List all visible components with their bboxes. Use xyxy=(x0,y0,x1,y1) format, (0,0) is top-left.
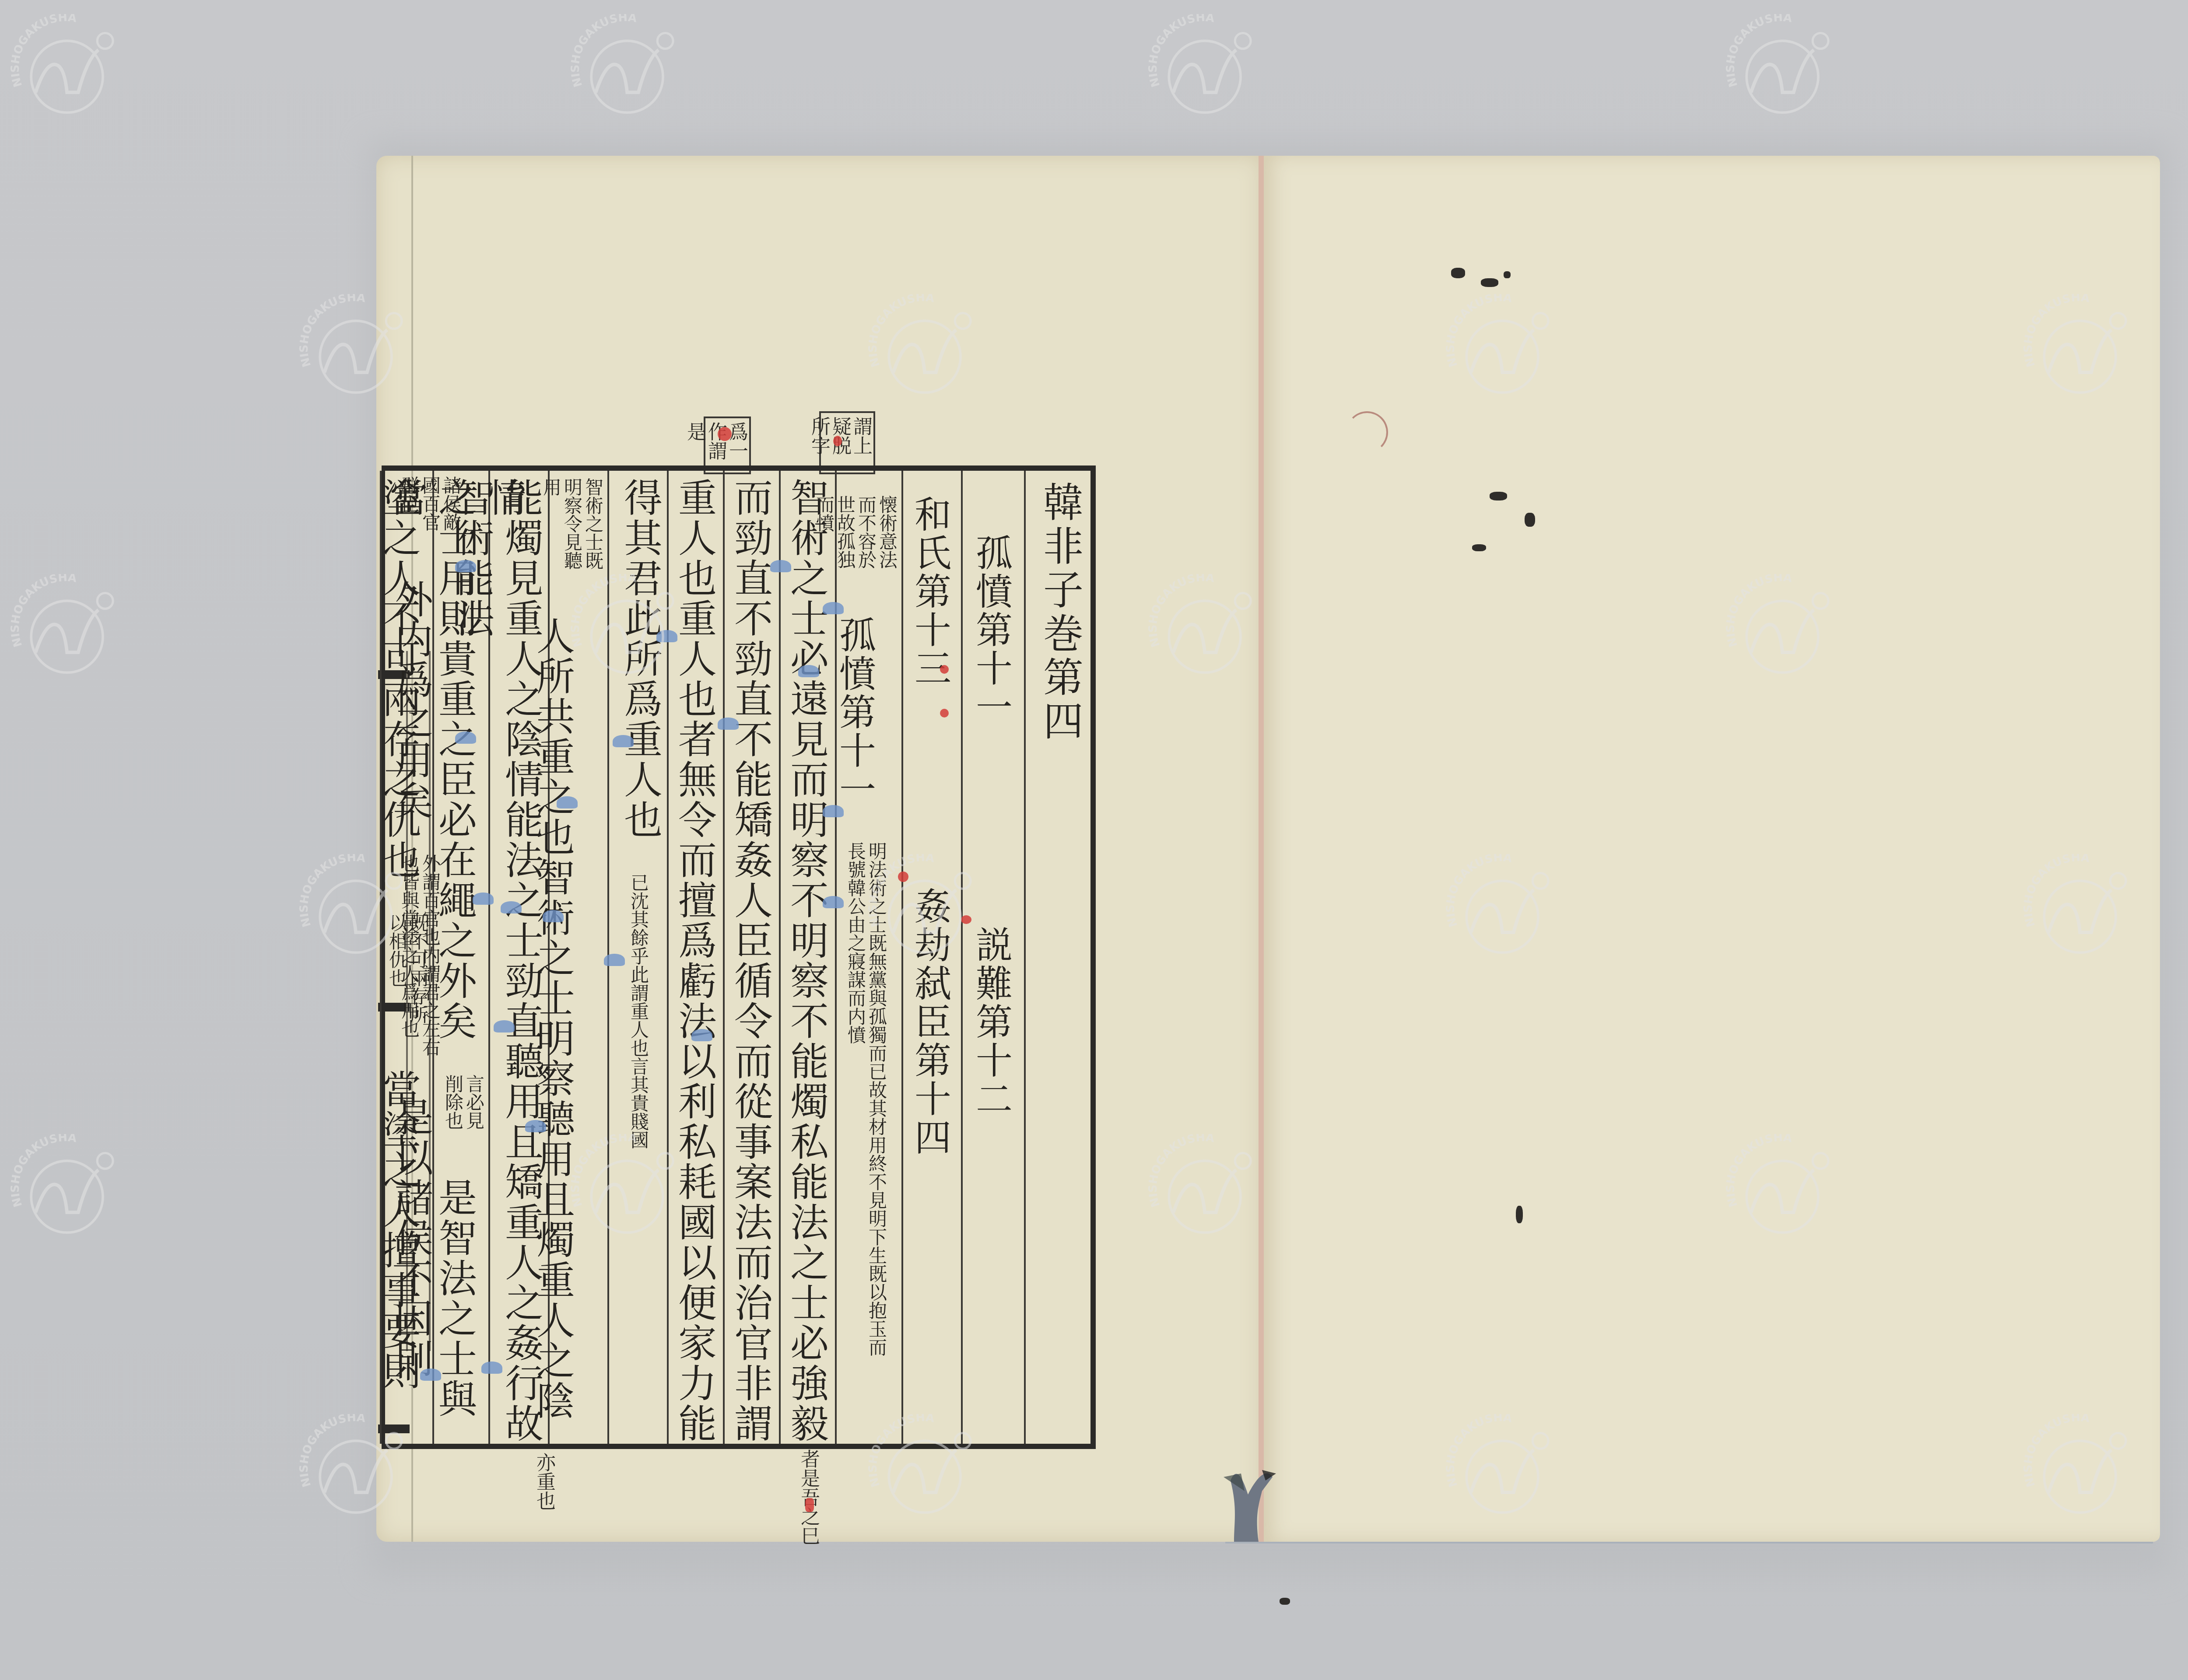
chapter-heading-column: 懐術意法而不容於世故孤独而憤 孤憤第十一 明法術之士既無黨與孤獨而已故其材用終不… xyxy=(835,471,901,1444)
wormhole xyxy=(1525,513,1535,527)
contents-item: 姦劫弑臣第十四 xyxy=(907,887,956,1157)
main-text-column-5: 智術之士既明察令見聽用 人所共重之也智術之士明察聽用且燭重人之陰情 xyxy=(548,471,607,1444)
contents-column-2: 和氏第十三 姦劫弑臣第十四 xyxy=(901,471,961,1444)
wormhole xyxy=(1280,1598,1290,1605)
main-text-column-2: 而勁直不勁直不能矯姦人臣循令而從事案法而治官非謂 xyxy=(723,471,779,1444)
spine-gutter xyxy=(1259,156,1264,1542)
interlinear-note: 已沈其餘乎此謂重人也言其貴賤國 xyxy=(607,873,649,1293)
blue-punctuation-mark xyxy=(455,731,476,744)
contents-item: 説難第十二 xyxy=(968,926,1017,1118)
wormhole xyxy=(1490,492,1507,500)
blue-punctuation-mark xyxy=(656,630,677,642)
interlinear-note: 外謂百官也内謂君之左右也皆與當塗之人爲用也 xyxy=(403,854,441,1064)
interlinear-note: 智術之士既明察令見聽用 xyxy=(562,478,604,583)
top-marginal-note-1: 謂上疑脱所字 xyxy=(819,411,875,474)
blue-punctuation-mark xyxy=(543,910,564,922)
svg-text:NISHOGAKUSHA: NISHOGAKUSHA xyxy=(1724,14,1793,89)
blue-punctuation-mark xyxy=(718,717,739,730)
stain-mark xyxy=(1346,411,1388,453)
volume-title-column: 韓非子巻第四 xyxy=(1024,471,1090,1444)
main-text: 是以諸侯不因則 xyxy=(389,1097,432,1379)
wormhole xyxy=(1451,268,1465,278)
blue-punctuation-mark xyxy=(691,1029,712,1041)
right-page-blank xyxy=(1262,156,2160,1542)
svg-text:NISHOGAKUSHA: NISHOGAKUSHA xyxy=(569,14,638,89)
contents-item: 孤憤第十一 xyxy=(971,534,1013,726)
svg-text:NISHOGAKUSHA: NISHOGAKUSHA xyxy=(9,574,77,649)
svg-text:NISHOGAKUSHA: NISHOGAKUSHA xyxy=(298,1414,366,1489)
blue-punctuation-mark xyxy=(770,560,791,572)
nishogakusha-logo-icon: NISHOGAKUSHA xyxy=(9,14,121,126)
nishogakusha-logo-icon: NISHOGAKUSHA xyxy=(9,1134,121,1246)
bottom-marginal-note-2: 亦重也 xyxy=(534,1452,555,1510)
wormhole xyxy=(1472,544,1486,551)
red-punctuation-mark xyxy=(940,665,949,674)
red-punctuation-mark xyxy=(940,709,949,717)
text-frame: 韓非子巻第四 孤憤第十一 説難第十二 和氏第十三 姦劫弑臣第十四 懐術意法而不容… xyxy=(382,465,1096,1449)
scan-stage: 謂上疑脱所字 爲一作謂是 韓非子巻第四 孤憤第十一 説難第十二 和氏第十三 姦劫… xyxy=(0,0,2188,1680)
main-text-column-9: 諸侯敵國百官群臣 外内爲之用矣 外謂百官也内謂君之左右也皆與當塗之人爲用也 是以… xyxy=(413,469,466,1445)
main-text-column-6: 能燭見重人之陰情能法之士勁直聽用且矯重人之姦行故智術能法 xyxy=(488,471,548,1444)
blue-punctuation-mark xyxy=(481,1361,502,1374)
blue-punctuation-mark xyxy=(494,1020,515,1032)
contents-column-1: 孤憤第十一 説難第十二 xyxy=(961,471,1024,1444)
red-seal-dot xyxy=(805,1498,814,1512)
blue-punctuation-mark xyxy=(557,796,578,808)
volume-title: 韓非子巻第四 xyxy=(1036,481,1082,744)
interlinear-note: 諸侯敵國百官群臣 xyxy=(424,476,462,546)
main-text-column-3: 重人也重人也者無令而擅爲虧法以利私耗國以便家力能 xyxy=(667,471,723,1444)
wormhole xyxy=(1481,278,1498,287)
red-punctuation-mark xyxy=(961,915,971,924)
nishogakusha-logo-icon: NISHOGAKUSHA xyxy=(569,14,681,126)
blue-punctuation-mark xyxy=(501,901,522,913)
red-seal-dot xyxy=(833,436,842,446)
blue-punctuation-mark xyxy=(604,954,625,966)
red-punctuation-mark xyxy=(898,871,908,882)
svg-text:NISHOGAKUSHA: NISHOGAKUSHA xyxy=(1147,14,1215,89)
main-text: 重人也重人也者無令而擅爲虧法以利私耗國以便家力能 xyxy=(672,478,716,1444)
blue-punctuation-mark xyxy=(823,896,844,908)
main-text: 外内爲之用矣 xyxy=(389,579,432,821)
blue-punctuation-mark xyxy=(823,602,844,614)
red-seal-dot xyxy=(718,427,732,441)
svg-text:NISHOGAKUSHA: NISHOGAKUSHA xyxy=(298,854,366,929)
contents-item: 和氏第十三 xyxy=(910,495,952,688)
heading-note-lower: 明法術之士既無黨與孤獨而已故其材用終不見明下生既以抱玉而長號韓公由之寢謀而内憤 xyxy=(845,842,887,1367)
svg-text:NISHOGAKUSHA: NISHOGAKUSHA xyxy=(9,1134,77,1209)
blue-punctuation-mark xyxy=(420,1368,441,1381)
blue-punctuation-mark xyxy=(473,892,494,905)
blue-punctuation-mark xyxy=(823,805,844,817)
blue-punctuation-mark xyxy=(525,1120,546,1132)
svg-text:NISHOGAKUSHA: NISHOGAKUSHA xyxy=(298,294,366,369)
bottom-marginal-note-1: 者是吾之巳 xyxy=(798,1449,819,1545)
spine-tear-damage xyxy=(1213,1445,1283,1542)
wormhole xyxy=(1516,1206,1523,1223)
nishogakusha-logo-icon: NISHOGAKUSHA xyxy=(1724,14,1836,126)
svg-text:NISHOGAKUSHA: NISHOGAKUSHA xyxy=(9,14,77,89)
blue-punctuation-mark xyxy=(455,560,476,572)
main-text: 智術之士必遠見而明察不明察不能燭私能法之士必強毅 xyxy=(784,478,828,1444)
chapter-heading: 孤憤第十一 xyxy=(835,616,877,808)
nishogakusha-logo-icon: NISHOGAKUSHA xyxy=(9,574,121,686)
wormhole xyxy=(1504,271,1511,278)
blue-punctuation-mark xyxy=(798,665,819,677)
main-text-column-1: 智術之士必遠見而明察不明察不能燭私能法之士必強毅 xyxy=(779,471,835,1444)
nishogakusha-logo-icon: NISHOGAKUSHA xyxy=(1147,14,1259,126)
main-text: 得其君此所爲重人也 xyxy=(618,478,662,840)
main-text: 而勁直不勁直不能矯姦人臣循令而從事案法而治官非謂 xyxy=(728,478,772,1444)
blue-punctuation-mark xyxy=(613,735,634,747)
